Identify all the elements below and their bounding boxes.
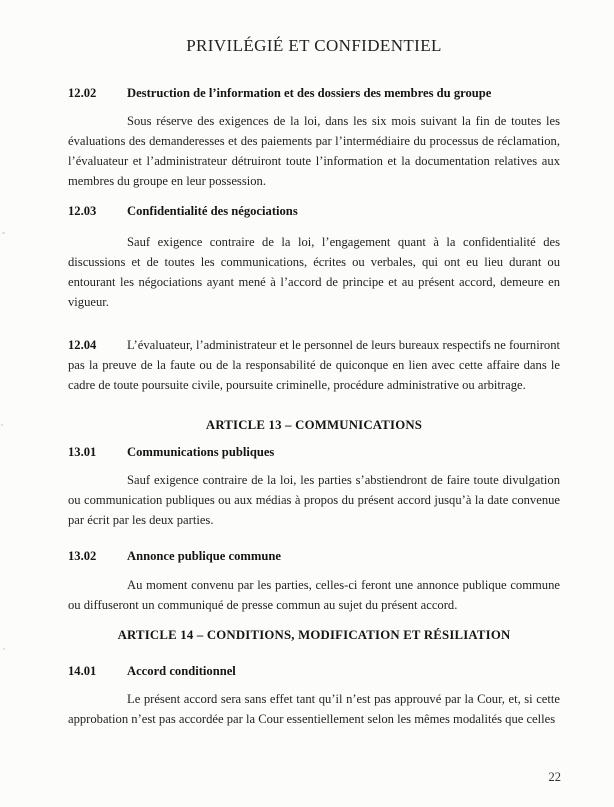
section-title: Communications publiques bbox=[127, 445, 274, 459]
paragraph-number: 12.04 bbox=[68, 335, 127, 355]
article-heading: ARTICLE 14 – CONDITIONS, MODIFICATION ET… bbox=[68, 625, 560, 645]
article-heading: ARTICLE 13 – COMMUNICATIONS bbox=[68, 415, 560, 435]
section-heading: 12.03Confidentialité des négociations bbox=[68, 201, 560, 221]
section-number: 13.01 bbox=[68, 442, 127, 462]
section-number: 12.02 bbox=[68, 83, 127, 103]
body-paragraph: Au moment convenu par les parties, celle… bbox=[68, 575, 560, 615]
scan-artifact bbox=[1, 424, 3, 426]
section-title: Annonce publique commune bbox=[127, 549, 281, 563]
section-heading: 13.02Annonce publique commune bbox=[68, 546, 560, 566]
scan-artifact bbox=[3, 648, 5, 650]
section-title: Confidentialité des négociations bbox=[127, 204, 298, 218]
page-title: PRIVILÉGIÉ ET CONFIDENTIEL bbox=[68, 34, 560, 58]
section-heading: 12.02Destruction de l’information et des… bbox=[68, 83, 560, 103]
section-heading: 14.01Accord conditionnel bbox=[68, 661, 560, 681]
section-title: Destruction de l’information et des doss… bbox=[127, 86, 491, 100]
paragraph-text: L’évaluateur, l’administrateur et le per… bbox=[68, 338, 560, 392]
section-title: Accord conditionnel bbox=[127, 664, 236, 678]
body-paragraph: Le présent accord sera sans effet tant q… bbox=[68, 689, 560, 729]
body-paragraph: Sous réserve des exigences de la loi, da… bbox=[68, 111, 560, 191]
section-number: 14.01 bbox=[68, 661, 127, 681]
numbered-paragraph: 12.04L’évaluateur, l’administrateur et l… bbox=[68, 335, 560, 395]
body-paragraph: Sauf exigence contraire de la loi, les p… bbox=[68, 470, 560, 530]
section-number: 13.02 bbox=[68, 546, 127, 566]
body-paragraph: Sauf exigence contraire de la loi, l’eng… bbox=[68, 232, 560, 312]
page-number: 22 bbox=[68, 767, 561, 787]
section-number: 12.03 bbox=[68, 201, 127, 221]
scan-artifact bbox=[2, 232, 5, 234]
section-heading: 13.01Communications publiques bbox=[68, 442, 560, 462]
scanned-document-page: PRIVILÉGIÉ ET CONFIDENTIEL 12.02Destruct… bbox=[0, 0, 614, 807]
